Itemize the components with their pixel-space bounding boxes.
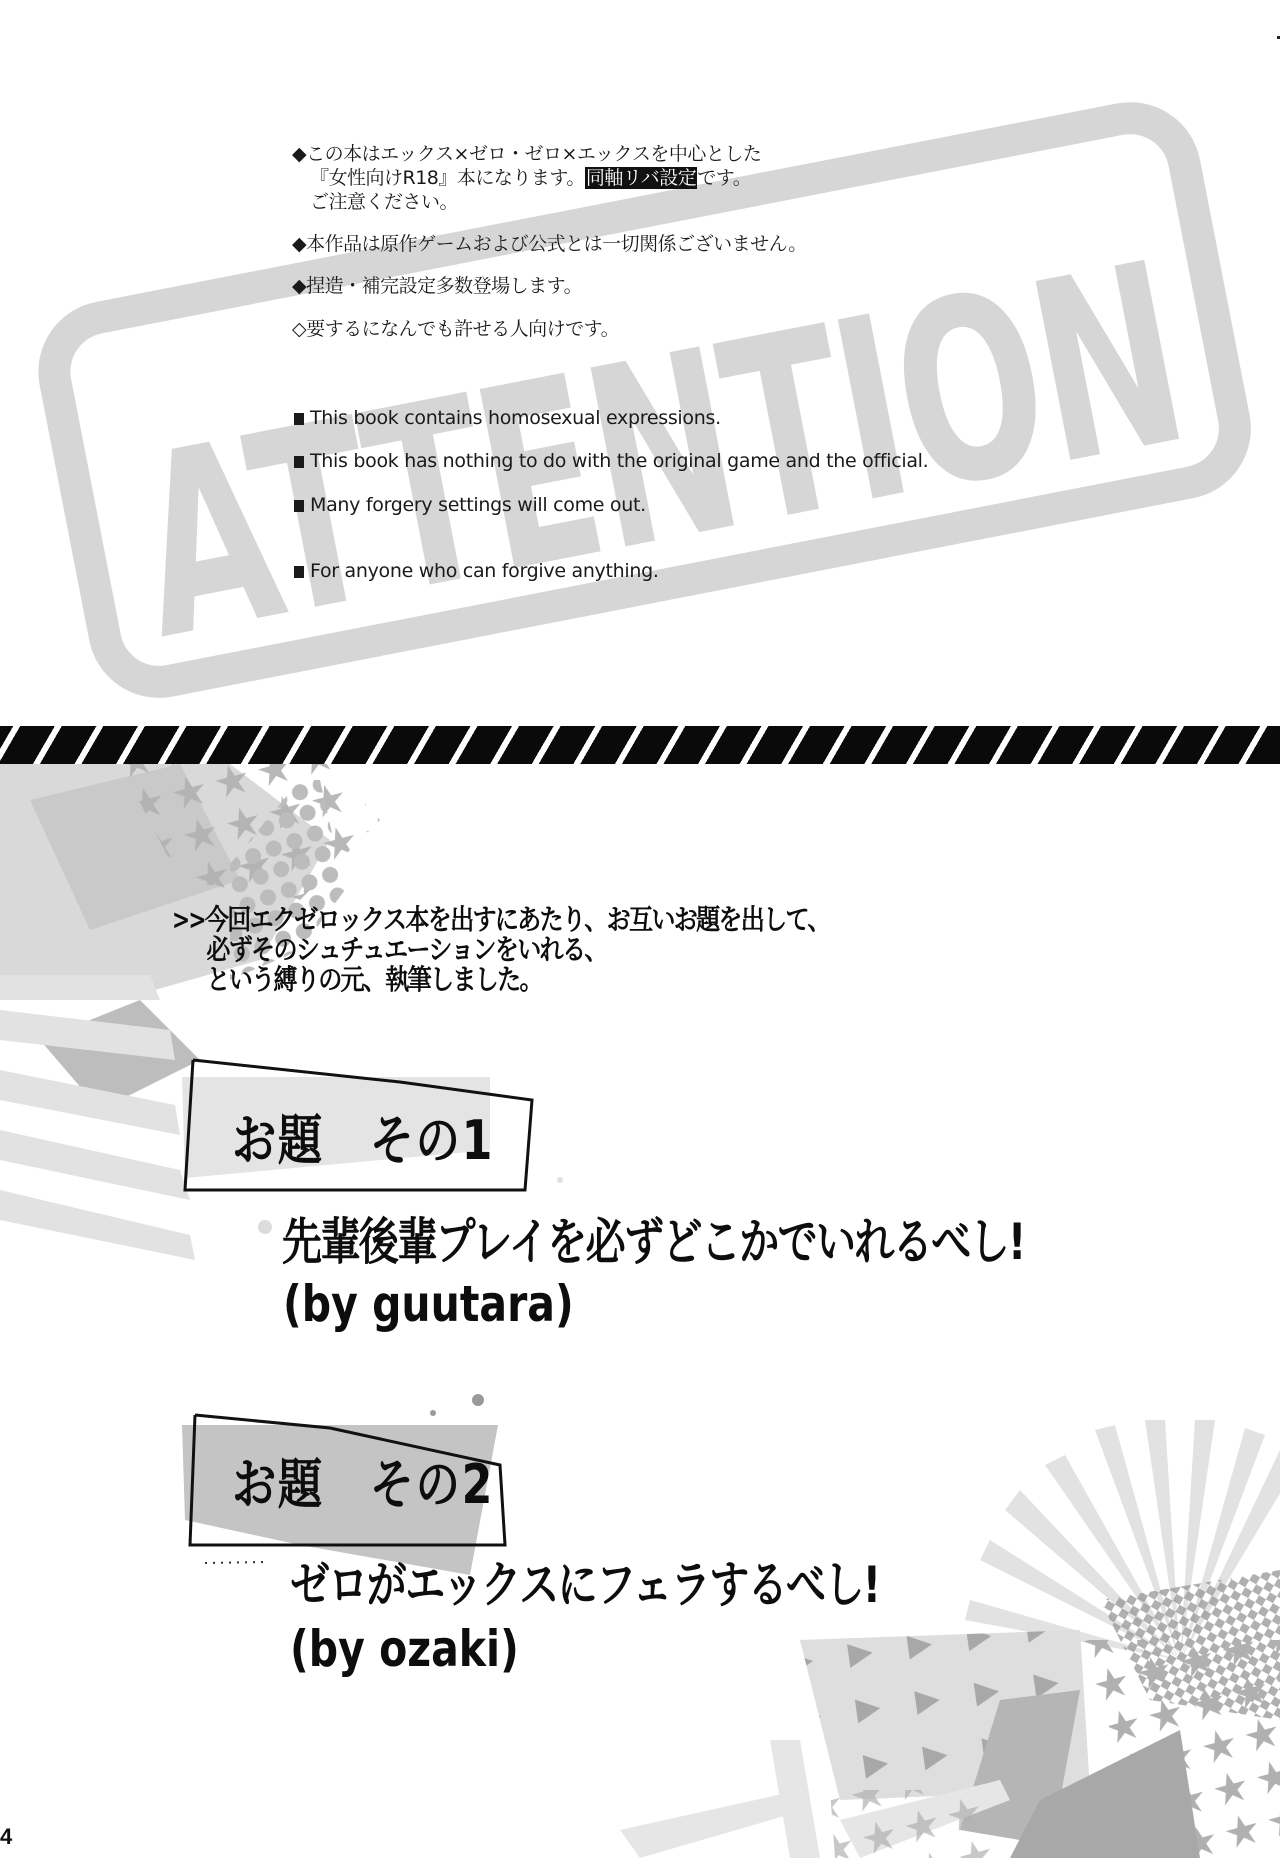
theme-1-label: お題 その1 bbox=[232, 1098, 494, 1175]
square-bullet-icon bbox=[294, 413, 304, 425]
notice-bullet: ◆ bbox=[292, 275, 306, 297]
notice-bullet: ◆ bbox=[292, 143, 306, 165]
notice-ja-4: ◇要するになんでも許せる人向けです。 bbox=[292, 317, 619, 341]
notice-ja-2: ◆本作品は原作ゲームおよび公式とは一切関係ございません。 bbox=[292, 232, 807, 256]
square-bullet-icon bbox=[294, 500, 304, 512]
notice-line: 『女性向けR18』本になります。 bbox=[310, 167, 585, 189]
notice-text: 要するになんでも許せる人向けです。 bbox=[306, 318, 619, 340]
theme-1-author: (by guutara) bbox=[283, 1275, 574, 1333]
notice-text: 捏造・補完設定多数登場します。 bbox=[306, 275, 582, 297]
square-bullet-icon bbox=[294, 566, 304, 578]
intro-line: 必ずそのシュチュエーションをいれる、 bbox=[172, 935, 830, 965]
notice-line: です。 bbox=[697, 167, 751, 189]
theme-2-label: お題 その2 bbox=[232, 1442, 494, 1519]
intro-line: >>今回エクゼロックス本を出すにあたり、お互いお題を出して、 bbox=[172, 905, 830, 935]
notice-ja-1: ◆この本はエックス×ゼロ・ゼロ×エックスを中心とした 『女性向けR18』本になり… bbox=[292, 142, 761, 214]
intro-paragraph: >>今回エクゼロックス本を出すにあたり、お互いお題を出して、 必ずそのシュチュエ… bbox=[172, 905, 830, 995]
notice-en-1: This book contains homosexual expression… bbox=[294, 407, 721, 429]
highlight-label: 同軸リバ設定 bbox=[585, 167, 697, 189]
notice-en-3: Many forgery settings will come out. bbox=[294, 494, 646, 516]
theme-2-author: (by ozaki) bbox=[290, 1620, 519, 1678]
attention-stamp: ATTENTION bbox=[0, 0, 1280, 700]
intro-line: という縛りの元、執筆しました。 bbox=[172, 965, 830, 995]
notice-line: この本はエックス×ゼロ・ゼロ×エックスを中心とした bbox=[306, 143, 761, 165]
notice-text: 本作品は原作ゲームおよび公式とは一切関係ございません。 bbox=[306, 233, 807, 255]
hazard-stripe-divider bbox=[0, 726, 1280, 764]
notice-bullet: ◆ bbox=[292, 233, 306, 255]
notice-line: ご注意ください。 bbox=[292, 190, 761, 214]
square-bullet-icon bbox=[294, 456, 304, 468]
notice-en-4: For anyone who can forgive anything. bbox=[294, 560, 659, 582]
theme-2-text: ゼロがエックスにフェラするべし! bbox=[290, 1545, 879, 1617]
theme-1-text: 先輩後輩プレイを必ずどこかでいれるべし! bbox=[282, 1202, 1025, 1274]
notice-en-2: This book has nothing to do with the ori… bbox=[294, 450, 928, 472]
notice-ja-3: ◆捏造・補完設定多数登場します。 bbox=[292, 274, 582, 298]
notice-bullet: ◇ bbox=[292, 318, 306, 340]
page-number: 4 bbox=[0, 1824, 12, 1850]
